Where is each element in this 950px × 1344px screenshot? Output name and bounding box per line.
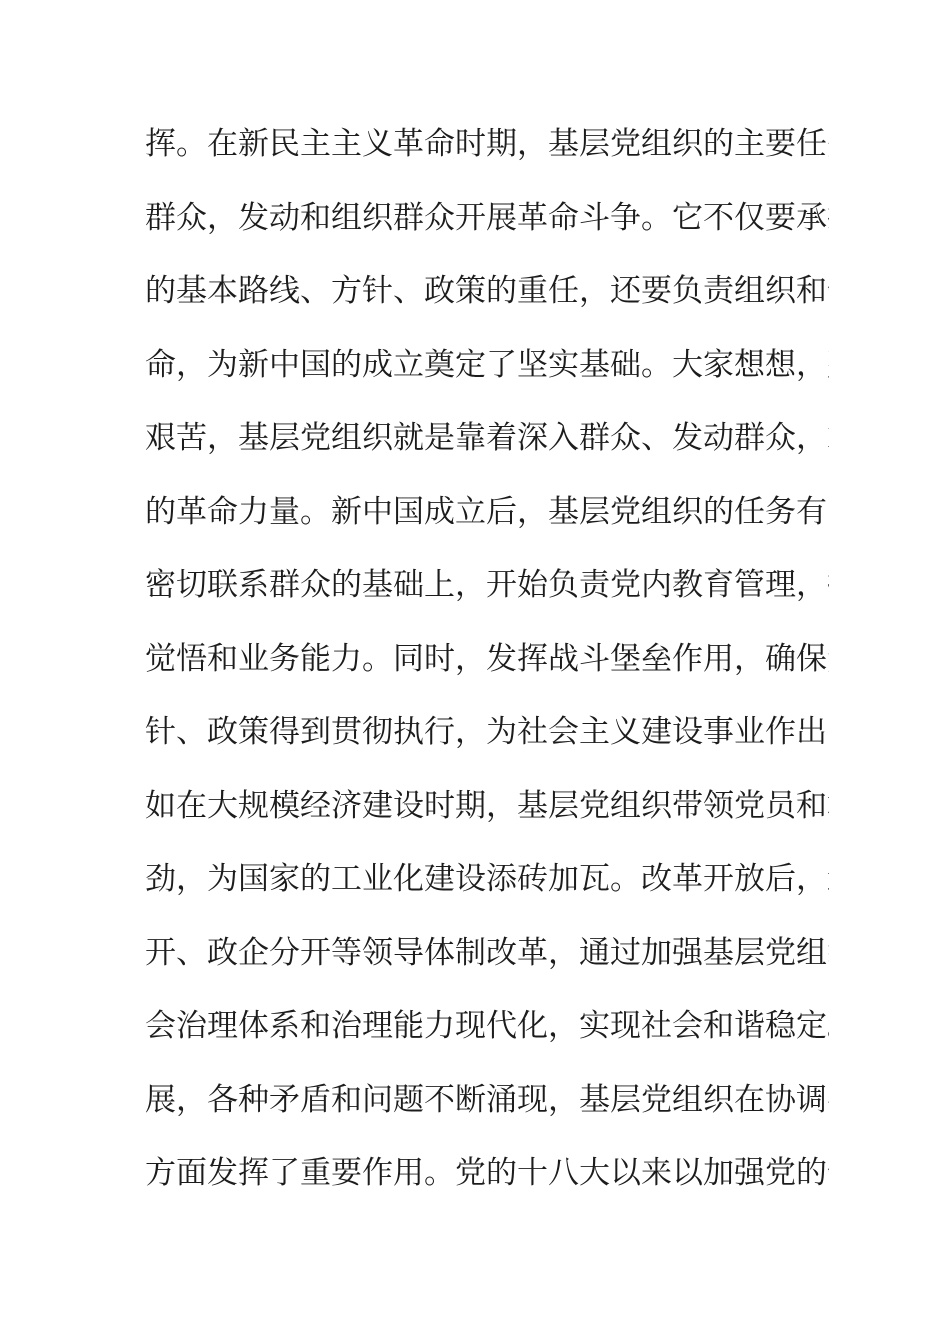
text-line: 的革命力量。新中国成立后，基层党组织的任务有了变化。在继续 — [145, 476, 829, 550]
text-line: 的基本路线、方针、政策的重任，还要负责组织和领导群众进行革 — [145, 255, 829, 329]
text-line: 艰苦，基层党组织就是靠着深入群众、发动群众，才汇聚起了强大 — [145, 402, 829, 476]
text-line: 展，各种矛盾和问题不断涌现，基层党组织在协调各方、化解矛盾 — [145, 1064, 829, 1138]
text-line: 如在大规模经济建设时期，基层党组织带领党员和群众，鼓足干 — [145, 770, 829, 844]
text-line: 开、政企分开等领导体制改革，通过加强基层党组织建设，推动社 — [145, 917, 829, 991]
text-line: 觉悟和业务能力。同时，发挥战斗堡垒作用，确保党的路线、方 — [145, 623, 829, 697]
body-text-block: 挥。在新民主主义革命时期，基层党组织的主要任务就是密切联系 群众，发动和组织群众… — [145, 108, 829, 1211]
text-line: 会治理体系和治理能力现代化，实现社会和谐稳定。随着社会的发 — [145, 990, 829, 1064]
text-line: 密切联系群众的基础上，开始负责党内教育管理，提升党员的政治 — [145, 549, 829, 623]
text-line: 群众，发动和组织群众开展革命斗争。它不仅要承担宣传和贯彻党 — [145, 182, 829, 256]
text-line: 方面发挥了重要作用。党的十八大以来以加强党的领导，坚持党要 — [145, 1137, 829, 1211]
text-line: 挥。在新民主主义革命时期，基层党组织的主要任务就是密切联系 — [145, 108, 829, 182]
text-line: 劲，为国家的工业化建设添砖加瓦。改革开放后，通过实行党政分 — [145, 843, 829, 917]
text-line: 针、政策得到贯彻执行，为社会主义建设事业作出了重要贡献。比 — [145, 696, 829, 770]
text-line: 命，为新中国的成立奠定了坚实基础。大家想想，那时候条件那么 — [145, 329, 829, 403]
document-page: 挥。在新民主主义革命时期，基层党组织的主要任务就是密切联系 群众，发动和组织群众… — [0, 0, 950, 1344]
